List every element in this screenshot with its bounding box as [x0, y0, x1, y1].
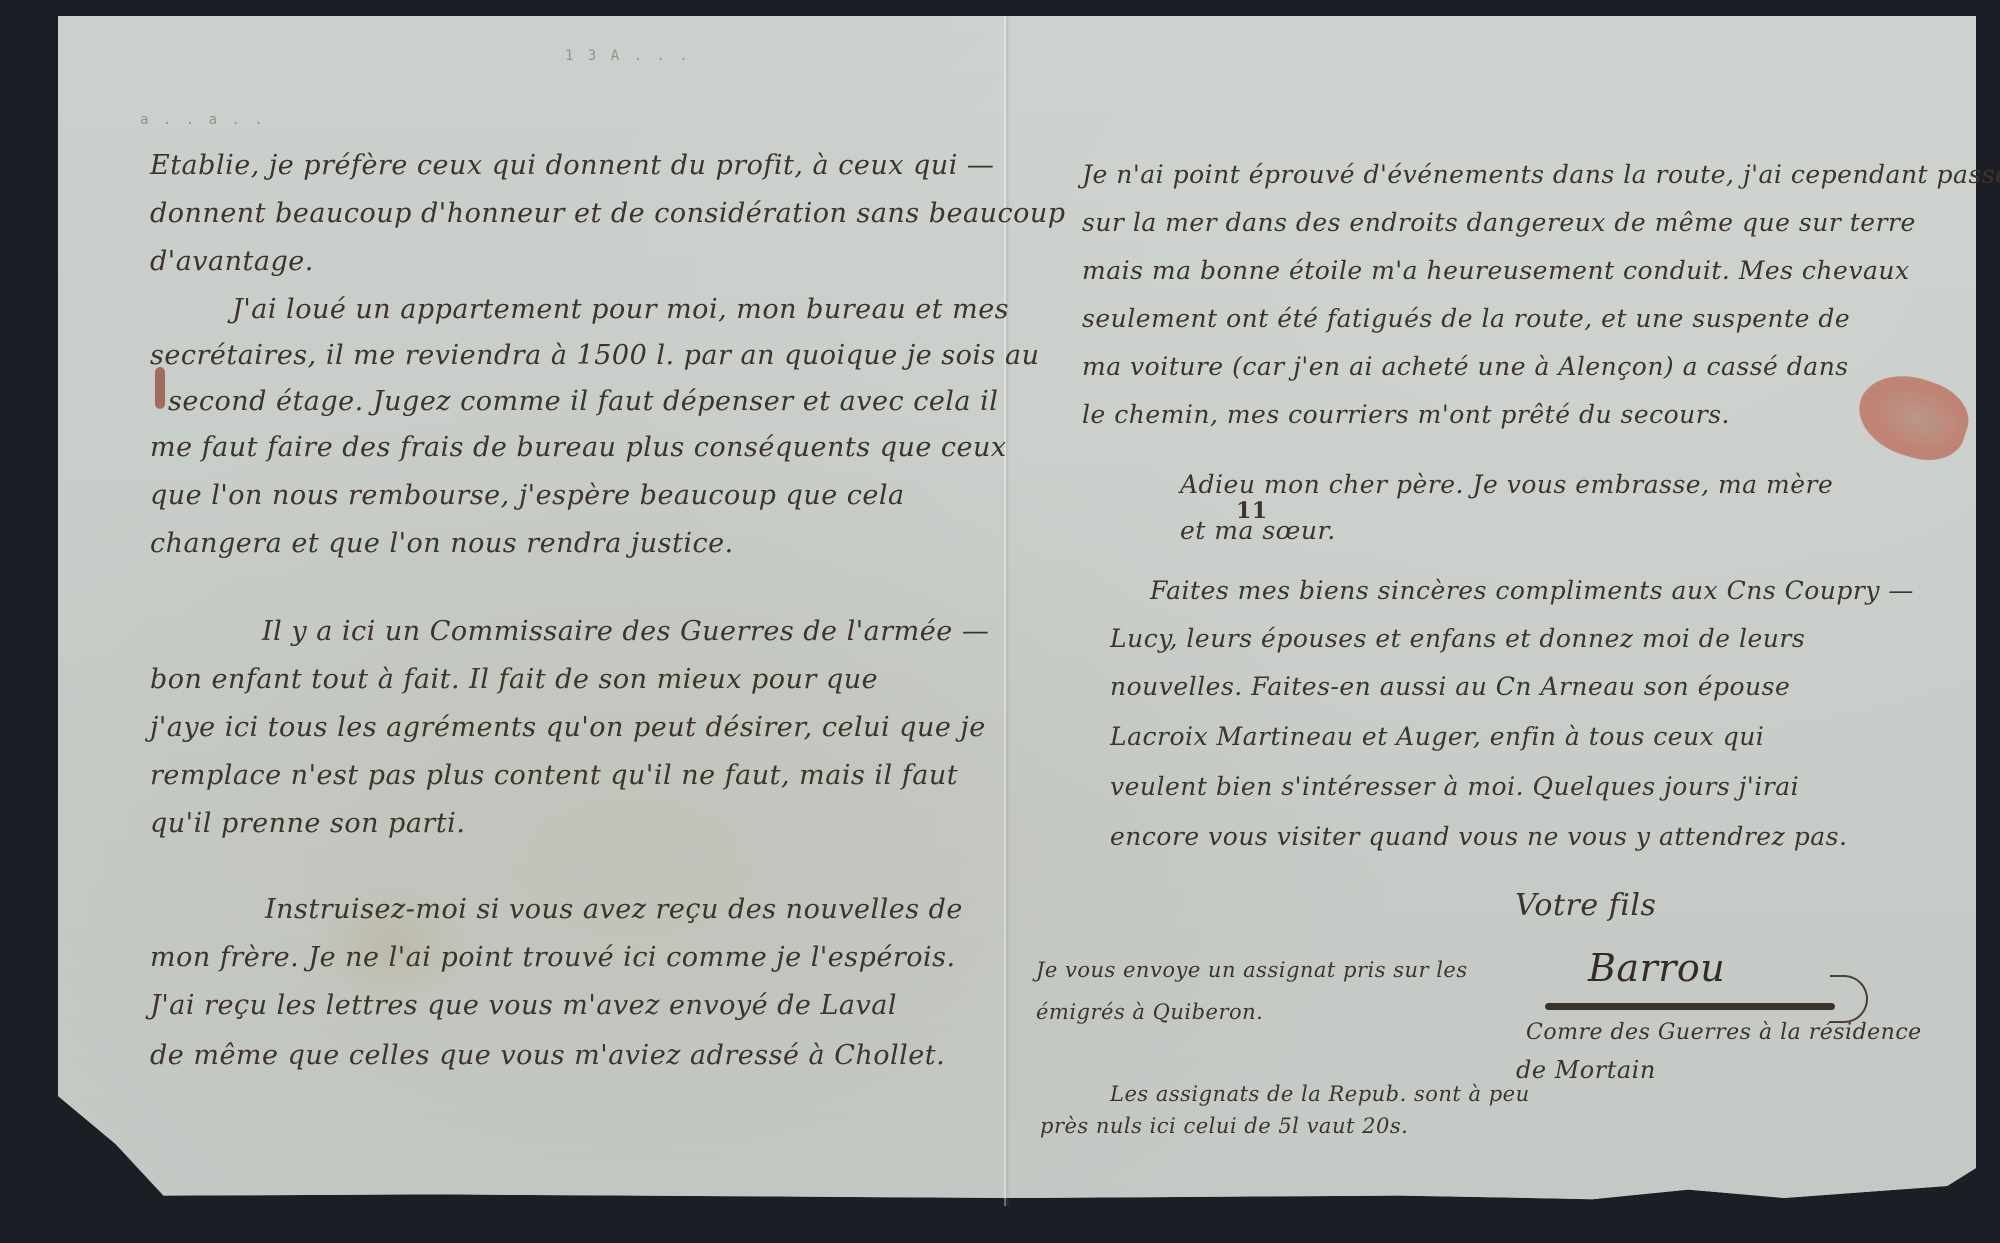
left-line-10: Il y a ici un Commissaire des Guerres de…: [262, 616, 989, 647]
signature-title-line-1: Comre des Guerres à la résidence: [1526, 1020, 1922, 1045]
left-line-8: que l'on nous rembourse, j'espère beauco…: [150, 480, 905, 511]
postscript-line-1: Je vous envoye un assignat pris sur les: [1036, 958, 1468, 982]
pencil-annotation-left: a . . a . .: [140, 112, 266, 128]
signature-underline: [1545, 1003, 1835, 1010]
right-line-13: veulent bien s'intéresser à moi. Quelque…: [1110, 772, 1799, 801]
right-line-5: ma voiture (car j'en ai acheté une à Ale…: [1082, 352, 1849, 381]
left-line-16: mon frère. Je ne l'ai point trouvé ici c…: [150, 942, 956, 973]
left-line-15: Instruisez-moi si vous avez reçu des nou…: [265, 894, 963, 925]
left-line-14: qu'il prenne son parti.: [150, 808, 465, 839]
left-line-17: J'ai reçu les lettres que vous m'avez en…: [150, 990, 897, 1021]
right-line-3: mais ma bonne étoile m'a heureusement co…: [1082, 256, 1910, 285]
left-line-3: d'avantage.: [150, 246, 314, 277]
left-line-18: de même que celles que vous m'aviez adre…: [150, 1040, 945, 1071]
closing: Votre fils: [1515, 888, 1656, 923]
right-line-14: encore vous visiter quand vous ne vous y…: [1110, 822, 1847, 851]
left-line-6: second étage. Jugez comme il faut dépens…: [168, 386, 998, 417]
left-line-1: Etablie, je préfère ceux qui donnent du …: [150, 150, 994, 181]
right-line-7: Adieu mon cher père. Je vous embrasse, m…: [1180, 470, 1833, 499]
left-line-7: me faut faire des frais de bureau plus c…: [150, 432, 1007, 463]
left-line-5: secrétaires, il me reviendra à 1500 l. p…: [150, 340, 1039, 371]
postscript-line-4: près nuls ici celui de 5l vaut 20s.: [1040, 1114, 1408, 1138]
left-line-11: bon enfant tout à fait. Il fait de son m…: [150, 664, 878, 695]
left-line-12: j'aye ici tous les agréments qu'on peut …: [150, 712, 986, 743]
left-line-2: donnent beaucoup d'honneur et de considé…: [150, 198, 1066, 229]
red-ink-mark: [155, 367, 165, 409]
right-line-8: et ma sœur.: [1180, 516, 1336, 545]
right-line-12: Lacroix Martineau et Auger, enfin à tous…: [1110, 722, 1764, 751]
postscript-line-2: émigrés à Quiberon.: [1036, 1000, 1263, 1024]
postscript-line-3: Les assignats de la Repub. sont à peu: [1110, 1082, 1530, 1106]
left-line-9: changera et que l'on nous rendra justice…: [150, 528, 734, 559]
right-line-1: Je n'ai point éprouvé d'événements dans …: [1082, 160, 2000, 189]
right-line-11: nouvelles. Faites-en aussi au Cn Arneau …: [1110, 672, 1790, 701]
left-line-13: remplace n'est pas plus content qu'il ne…: [150, 760, 958, 791]
center-fold: [1004, 16, 1006, 1206]
right-line-10: Lucy, leurs épouses et enfans et donnez …: [1110, 624, 1805, 653]
signature-title-line-2: de Mortain: [1516, 1056, 1656, 1084]
left-line-4: J'ai loué un appartement pour moi, mon b…: [232, 294, 1009, 325]
pencil-annotation-top: 1 3 A . . .: [565, 48, 691, 64]
right-line-2: sur la mer dans des endroits dangereux d…: [1082, 208, 1916, 237]
right-line-9: Faites mes biens sincères compliments au…: [1150, 576, 1914, 605]
signature: Barrou: [1588, 946, 1725, 990]
right-line-4: seulement ont été fatigués de la route, …: [1082, 304, 1850, 333]
right-line-6: le chemin, mes courriers m'ont prêté du …: [1082, 400, 1730, 429]
